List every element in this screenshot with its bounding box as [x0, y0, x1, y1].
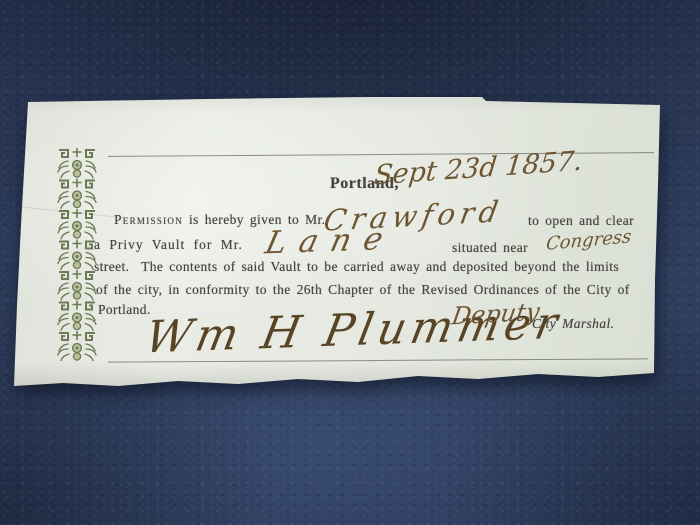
ornament-border: [54, 147, 100, 361]
body-line3: Portland.: [98, 302, 151, 318]
owner-name-handwritten: Lane: [262, 221, 400, 262]
street-handwritten: Congress: [545, 226, 632, 255]
date-handwritten: Sept 23d 1857.: [373, 146, 585, 192]
body-line2: of the city, in conformity to the 26th C…: [96, 282, 630, 298]
line2-mid: situated near: [452, 240, 528, 256]
title-handwritten: Deputy: [450, 298, 542, 331]
title-printed: City Marshal.: [532, 316, 614, 332]
body-line1: street. The contents of said Vault to be…: [94, 259, 619, 275]
paper-sheet: Portland, Sept 23d 1857. Permission is h…: [8, 95, 664, 391]
document-paper: Portland, Sept 23d 1857. Permission is h…: [8, 95, 664, 391]
line2-prefix: a Privy Vault for Mr.: [94, 237, 243, 253]
permission-word: Permission: [114, 212, 183, 227]
photo-scene: Portland, Sept 23d 1857. Permission is h…: [0, 0, 700, 525]
